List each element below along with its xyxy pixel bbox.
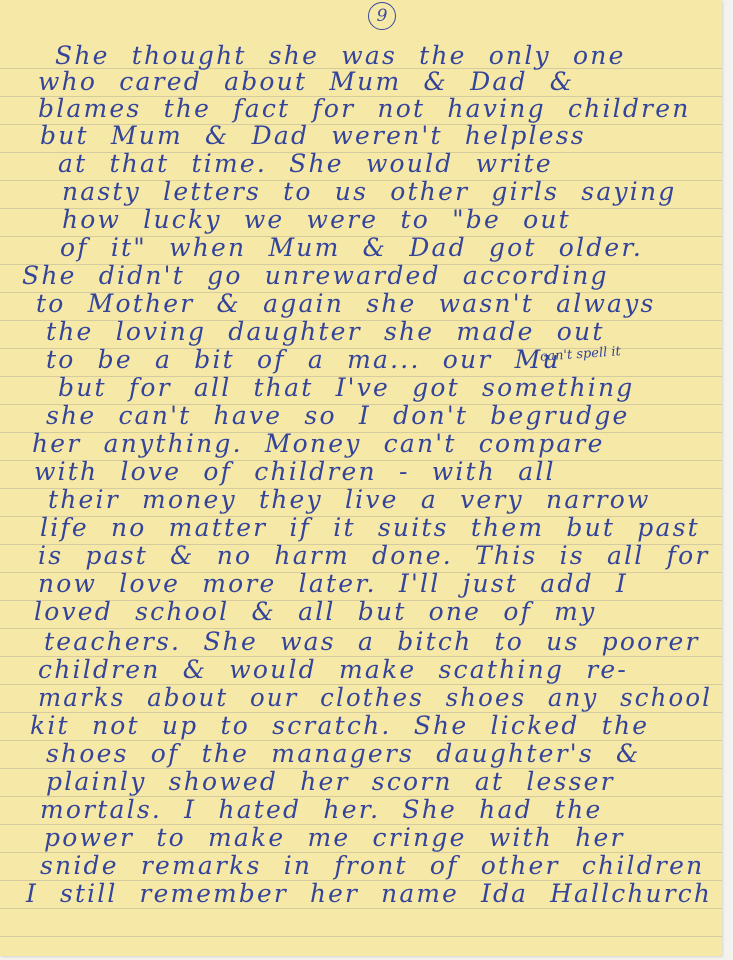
text-line: to be a bit of a ma... our Mu — [46, 346, 561, 374]
text-line: kit not up to scratch. She licked the — [30, 712, 649, 740]
page-number: 9 — [377, 6, 388, 26]
text-line: She thought she was the only one — [55, 42, 626, 70]
text-line: is past & no harm done. This is all for — [38, 542, 709, 570]
text-line: children & would make scathing re- — [38, 656, 628, 684]
text-line: but for all that I've got something — [58, 374, 634, 402]
text-line: at that time. She would write — [58, 150, 553, 178]
text-line: blames the fact for not having children — [38, 95, 691, 123]
text-line: She didn't go unrewarded according — [22, 262, 609, 290]
text-line: how lucky we were to "be out — [62, 206, 571, 234]
text-line: power to make me cringe with her — [44, 824, 625, 852]
text-line: nasty letters to us other girls saying — [62, 178, 676, 206]
text-line: to Mother & again she wasn't always — [36, 290, 656, 318]
text-line: the loving daughter she made out — [46, 318, 605, 346]
text-line: their money they live a very narrow — [48, 486, 651, 514]
text-line: mortals. I hated her. She had the — [40, 796, 602, 824]
text-line: she can't have so I don't begrudge — [46, 402, 630, 430]
text-line: I still remember her name Ida Hallchurch — [26, 880, 712, 908]
page-number-circle: 9 — [368, 2, 396, 30]
text-line: with love of children - with all — [34, 458, 556, 486]
text-line: loved school & all but one of my — [34, 598, 596, 626]
text-line: now love more later. I'll just add I — [38, 570, 628, 598]
text-line: teachers. She was a bitch to us poorer — [44, 628, 700, 656]
text-line: shoes of the managers daughter's & — [46, 740, 640, 768]
text-line: snide remarks in front of other children — [40, 852, 704, 880]
notepad-page: 9 can't spell it She thought she was the… — [0, 0, 722, 956]
text-line: who cared about Mum & Dad & — [38, 68, 574, 96]
text-line: life no matter if it suits them but past — [40, 514, 700, 542]
text-line: plainly showed her scorn at lesser — [46, 768, 615, 796]
text-line: but Mum & Dad weren't helpless — [40, 122, 586, 150]
text-line: her anything. Money can't compare — [32, 430, 605, 458]
text-line: of it" when Mum & Dad got older. — [60, 234, 643, 262]
text-line: marks about our clothes shoes any school — [38, 684, 712, 712]
